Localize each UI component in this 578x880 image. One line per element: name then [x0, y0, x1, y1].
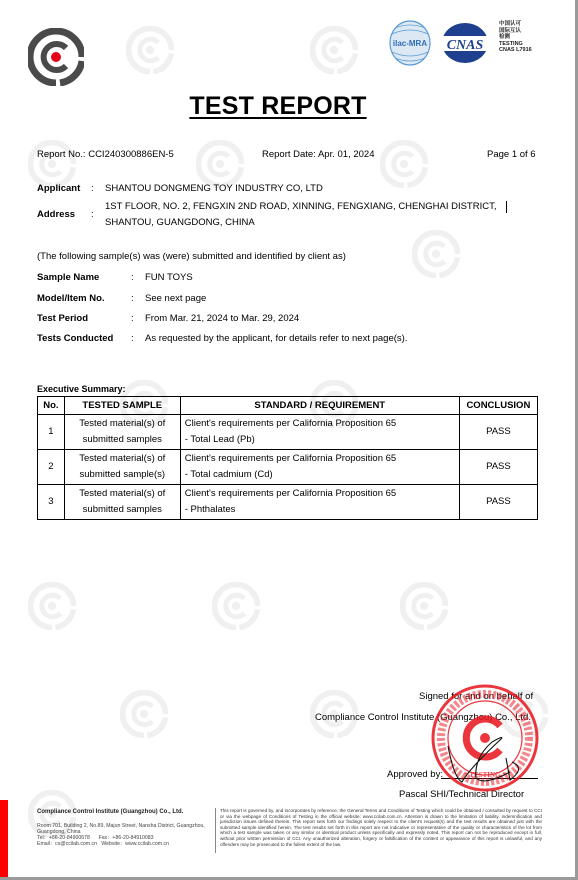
- executive-summary-table: No. TESTED SAMPLE STANDARD / REQUIREMENT…: [37, 396, 538, 520]
- colon: :: [131, 272, 134, 283]
- sample-field-value: See next page: [145, 293, 206, 304]
- sample-field-label: Sample Name: [37, 272, 99, 283]
- row-number: 1: [38, 415, 65, 450]
- table-row: 3Tested material(s) ofsubmitted samplesC…: [38, 485, 538, 520]
- sample-field-value: As requested by the applicant, for detai…: [145, 333, 407, 344]
- colon: :: [131, 293, 134, 304]
- report-number: Report No.: CCI240300886EN-5: [37, 149, 174, 160]
- sample-field-label: Tests Conducted: [37, 333, 113, 344]
- svg-text:CNAS: CNAS: [447, 38, 484, 53]
- ilac-mra-logo-icon: ilac-MRA: [389, 20, 431, 66]
- watermark-logo-icon: [196, 140, 244, 188]
- address-line-2: SHANTOU, GUANGDONG, CHINA: [105, 217, 255, 228]
- watermark-logo-icon: [380, 140, 428, 188]
- row-number: 3: [38, 485, 65, 520]
- colon: :: [91, 183, 94, 194]
- page-title: TEST REPORT: [0, 92, 556, 121]
- executive-summary-heading: Executive Summary:: [37, 384, 126, 394]
- watermark-logo-icon: [400, 582, 448, 630]
- watermark-logo-icon: [212, 582, 260, 630]
- column-header-no: No.: [38, 397, 65, 415]
- footer-company: Compliance Control Institute (Guangzhou)…: [37, 809, 183, 815]
- table-row: 2Tested material(s) ofsubmitted sample(s…: [38, 450, 538, 485]
- conclusion-cell: PASS: [459, 485, 537, 520]
- watermark-logo-icon: [28, 140, 76, 188]
- table-row: 1Tested material(s) ofsubmitted samplesC…: [38, 415, 538, 450]
- applicant-label: Applicant: [37, 183, 80, 194]
- footer-red-bar: [0, 800, 8, 877]
- footer-address: Room 701, Building 2, No.89, Majun Stree…: [37, 823, 205, 847]
- sample-intro: (The following sample(s) was (were) subm…: [37, 251, 346, 262]
- report-date: Report Date: Apr. 01, 2024: [262, 149, 375, 160]
- standard-cell: Client's requirements per California Pro…: [180, 415, 459, 450]
- colon: :: [91, 209, 94, 220]
- text-cursor: [506, 201, 507, 213]
- footer-divider: [215, 808, 216, 853]
- column-header-tested-sample: TESTED SAMPLE: [64, 397, 180, 415]
- address-label: Address: [37, 209, 75, 220]
- colon: :: [131, 333, 134, 344]
- cci-logo-icon: [28, 28, 84, 86]
- conclusion-cell: PASS: [459, 450, 537, 485]
- watermark-logo-icon: [28, 582, 76, 630]
- watermark-logo-icon: [126, 26, 174, 74]
- tested-sample-cell: Tested material(s) ofsubmitted samples: [64, 485, 180, 520]
- sample-field-label: Test Period: [37, 313, 88, 324]
- watermark-logo-icon: [120, 690, 168, 738]
- tested-sample-cell: Tested material(s) ofsubmitted sample(s): [64, 450, 180, 485]
- applicant-value: SHANTOU DONGMENG TOY INDUSTRY CO, LTD: [105, 183, 323, 194]
- address-line-1: 1ST FLOOR, NO. 2, FENGXIN 2ND ROAD, XINN…: [105, 201, 497, 212]
- standard-cell: Client's requirements per California Pro…: [180, 485, 459, 520]
- watermark-logo-icon: [310, 26, 358, 74]
- handwritten-signature-icon: [440, 728, 530, 788]
- conclusion-cell: PASS: [459, 415, 537, 450]
- accreditation-text: 中国认可 国际互认 检测 TESTING CNAS L7916: [499, 21, 532, 54]
- sample-field-label: Model/Item No.: [37, 293, 105, 304]
- table-header-row: No. TESTED SAMPLE STANDARD / REQUIREMENT…: [38, 397, 538, 415]
- row-number: 2: [38, 450, 65, 485]
- colon: :: [131, 313, 134, 324]
- standard-cell: Client's requirements per California Pro…: [180, 450, 459, 485]
- cnas-logo-icon: CNAS: [440, 22, 490, 64]
- tested-sample-cell: Tested material(s) ofsubmitted samples: [64, 415, 180, 450]
- page-number: Page 1 of 6: [487, 149, 536, 160]
- svg-text:ilac-MRA: ilac-MRA: [393, 39, 427, 48]
- watermark-logo-icon: [412, 230, 460, 278]
- footer-disclaimer: This report is governed by, and incorpor…: [220, 808, 542, 847]
- sample-field-value: From Mar. 21, 2024 to Mar. 29, 2024: [145, 313, 299, 324]
- column-header-standard: STANDARD / REQUIREMENT: [180, 397, 459, 415]
- sample-field-value: FUN TOYS: [145, 272, 193, 283]
- report-page: ilac-MRA CNAS 中国认可 国际互认 检测 TESTING CNAS …: [0, 0, 578, 880]
- column-header-conclusion: CONCLUSION: [459, 397, 537, 415]
